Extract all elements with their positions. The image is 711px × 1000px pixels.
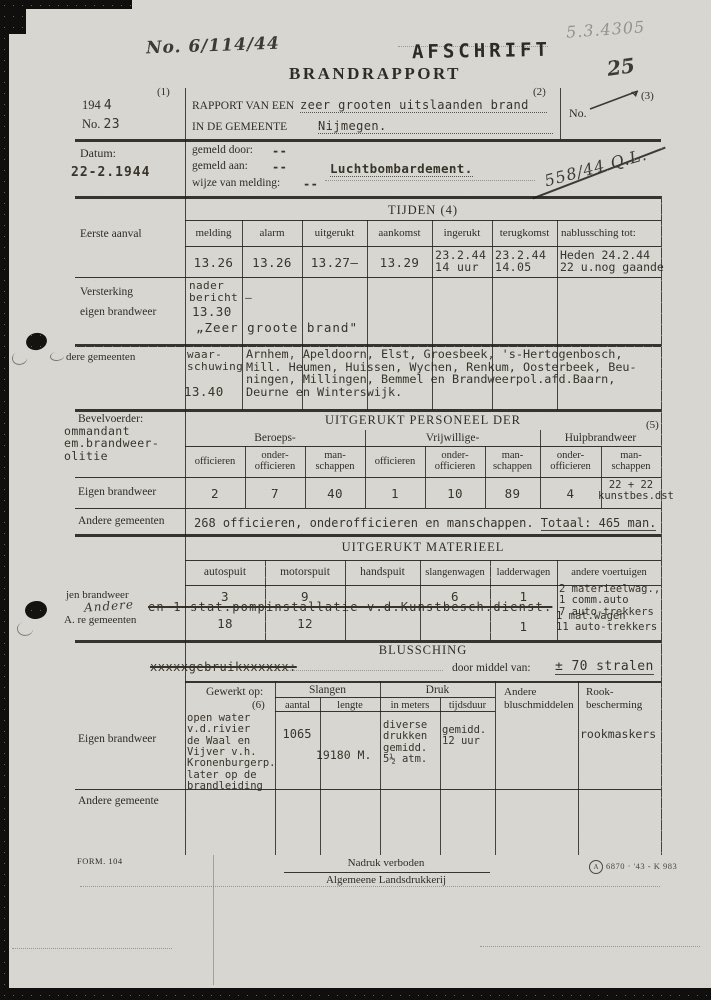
ink-blot: [24, 331, 48, 352]
tijd-aankomst: 13.29: [367, 255, 432, 270]
scanned-fire-report: No. 6/114/44 AFSCHRIFT 5.3.4305 BRANDRAP…: [0, 0, 711, 1000]
scan-edge-left: [0, 0, 9, 1000]
versterking-label: Versterking eigen brandweer: [80, 283, 156, 322]
blussching-title: BLUSSCHING: [185, 643, 661, 658]
slangen-group: Slangen: [275, 684, 380, 696]
bcol-andere-bluschmiddelen: Andere bluschmiddelen: [504, 686, 576, 712]
bevelvoerder-value: ommandant em.brandweer- olitie: [64, 425, 159, 462]
col-aankomst: aankomst: [367, 227, 432, 239]
form-number: FORM. 104: [77, 856, 123, 866]
group-vrijwillige: Vrijwillige-: [365, 432, 540, 444]
mcol-handspuit: handspuit: [345, 566, 420, 578]
field3-number: (3): [641, 90, 654, 102]
datum-label: Datum:: [80, 146, 116, 161]
mcol-motorspuit: motorspuit: [265, 566, 345, 578]
col-terugkomst: terugkomst: [492, 227, 557, 239]
m-andere-motorspuit: 12: [265, 616, 345, 631]
stamp-dotted-line: [398, 46, 548, 47]
oorzaak-value: Luchtbombardement.: [330, 161, 473, 177]
m-andere-andere-voertuigen: 1 mat.wagen 11 auto-trekkers: [556, 611, 664, 634]
tijdsduur-value: gemidd. 12 uur: [442, 725, 497, 748]
no-label: No.: [569, 106, 587, 121]
bcol-in-meters: in meters: [380, 700, 440, 711]
pcol-onderofficieren-2: onder- officieren: [425, 450, 485, 473]
pcol-manschappen-1: man- schappen: [305, 450, 365, 473]
bcol-rookbescherming: Rook- bescherming: [586, 686, 661, 712]
tijd-ingerukt: 23.2.44 14 uur: [435, 249, 495, 274]
slangen-aantal-value: 1065: [273, 727, 321, 741]
gemeld-aan-value: --: [272, 160, 287, 174]
mcol-andere-voertuigen: andere voertuigen: [557, 567, 661, 578]
versterking-note: „Zeer groote brand": [196, 320, 358, 335]
bcol-aantal: aantal: [275, 700, 320, 711]
waarschuwing-kolom: waar- schuwing: [187, 349, 243, 373]
bcol-tijdsduur: tijdsduur: [440, 700, 495, 711]
col-alarm: alarm: [242, 227, 302, 239]
mcol-ladderwagen: ladderwagen: [490, 567, 557, 578]
pen-squiggle: [49, 351, 64, 362]
p-eigen-0: 2: [185, 486, 245, 501]
eerste-aanval-label: Eerste aanval: [80, 228, 142, 240]
tijd-alarm: 13.26: [242, 255, 302, 270]
wijze-value: --: [303, 177, 318, 191]
tijd-uitgerukt: 13.27—: [302, 255, 367, 270]
eigen-brandweer-blussching-label: Eigen brandweer: [78, 733, 156, 745]
bcol-lengte: lengte: [320, 700, 380, 711]
datum-value: 22-2.1944: [71, 165, 150, 180]
field6-number: (6): [252, 699, 265, 711]
crossed-out-field: xxxxxgebruikxxxxxx:: [150, 660, 297, 674]
pencil-reference: 5.3.4305: [565, 17, 645, 41]
rapport-van-een-label: RAPPORT VAN EEN: [192, 100, 294, 112]
p-eigen-5: 89: [485, 486, 540, 501]
ink-blot: [24, 600, 48, 621]
pcol-manschappen-3: man- schappen: [601, 450, 661, 473]
landsdrukkerij: Algemeene Landsdrukkerij: [280, 874, 492, 886]
materieel-title: UITGERUKT MATERIEEL: [185, 540, 661, 555]
col-uitgerukt: uitgerukt: [302, 227, 367, 239]
handwritten-25: 25: [605, 53, 636, 81]
group-hulpbrandweer: Hulpbrandweer: [540, 432, 661, 444]
leader-dots: [268, 670, 443, 671]
p-eigen-4: 10: [425, 486, 485, 501]
pcol-manschappen-2: man- schappen: [485, 450, 540, 473]
pcol-officieren-1: officieren: [185, 456, 245, 467]
scan-artifact-vline: [213, 855, 214, 985]
eigen-brandweer-label: Eigen brandweer: [78, 486, 156, 498]
field1-number: (1): [157, 86, 170, 98]
andere-gemeenten-personeel: 268 officieren, onderofficieren en mansc…: [194, 516, 656, 530]
scan-artifact-line: [80, 886, 660, 887]
andere-gemeenten-warn-label: dere gemeenten: [66, 351, 135, 363]
p-eigen-7: 22 + 22 kunstbes.dst: [598, 480, 664, 503]
druk-group: Druk: [380, 684, 495, 696]
door-middel-van-label: door middel van:: [452, 662, 531, 674]
tijd-nablussching: Heden 24.2.44 22 u.nog gaande: [560, 249, 664, 274]
gewerkt-op-value: open water v.d.rivier de Waal en Vijver …: [187, 713, 297, 792]
mcol-autospuit: autospuit: [185, 566, 265, 578]
field5-number: (5): [646, 419, 659, 431]
pencil-squiggle: [11, 350, 29, 366]
pcol-officieren-2: officieren: [365, 456, 425, 467]
gemeld-door-label: gemeld door:: [192, 144, 253, 156]
col-melding: melding: [185, 227, 242, 239]
druk-value: diverse drukken gemidd. 5½ atm.: [383, 720, 441, 765]
gemeente-value: Nijmegen.: [318, 119, 553, 134]
p-eigen-1: 7: [245, 486, 305, 501]
scan-artifact-line: [12, 948, 172, 949]
handwritten-andere: Andere: [84, 597, 135, 614]
pcol-onderofficieren-1: onder- officieren: [245, 450, 305, 473]
slangen-lengte-value: 19180 M.: [316, 748, 371, 762]
group-beroeps: Beroeps-: [185, 432, 365, 444]
leader-dots: [325, 180, 535, 181]
nadruk-verboden: Nadruk verboden: [280, 857, 492, 869]
report-year: 194 4: [82, 98, 112, 113]
gewerkt-op-label: Gewerkt op:: [206, 686, 263, 698]
pcol-onderofficieren-3: onder- officieren: [540, 450, 601, 473]
m-andere-autospuit: 18: [185, 616, 265, 631]
scan-corner: [0, 0, 26, 34]
p-eigen-3: 1: [365, 486, 425, 501]
stralen-value: ± 70 stralen: [555, 659, 654, 675]
handwritten-file-number: No. 6/114/44: [146, 34, 280, 59]
p-eigen-6: 4: [540, 486, 601, 501]
personeel-title: UITGERUKT PERSONEEL DER: [185, 413, 661, 428]
wijze-van-melding-label: wijze van melding:: [192, 177, 280, 189]
afschrift-stamp: AFSCHRIFT: [412, 39, 551, 63]
rookbescherming-value: rookmaskers: [580, 727, 656, 741]
gemeente-label: IN DE GEMEENTE: [192, 121, 287, 133]
col-ingerukt: ingerukt: [432, 227, 492, 239]
andere-gemeente-blussching-label: Andere gemeente: [78, 795, 159, 807]
col-nablussching: nablussching tot:: [561, 227, 661, 239]
gemeld-aan-label: gemeld aan:: [192, 160, 248, 172]
tijden-title: TIJDEN (4): [185, 203, 661, 218]
field2-number: (2): [533, 86, 546, 98]
report-number: No. 23: [82, 117, 120, 132]
brand-type-value: zeer grooten uitslaanden brand: [300, 98, 547, 113]
andere-gemeenten-label: Andere gemeenten: [78, 515, 165, 527]
gemeld-door-value: --: [272, 144, 287, 158]
waarschuwing-tijd: 13.40: [184, 384, 224, 399]
tijd-terugkomst: 23.2.44 14.05: [495, 249, 560, 274]
pencil-squiggle: [16, 621, 34, 638]
scan-edge-bottom: [0, 988, 711, 1000]
m-andere-ladderwagen: 1: [490, 619, 557, 634]
versterking-tijd: 13.30: [192, 304, 232, 319]
andere-gemeenten-materieel-label: A. re gemeenten: [64, 614, 136, 626]
p-eigen-2: 40: [305, 486, 365, 501]
mcol-slangenwagen: slangenwagen: [420, 567, 490, 578]
tijd-melding: 13.26: [185, 255, 242, 270]
form-title: BRANDRAPPORT: [185, 64, 565, 84]
struck-pompinstallatie: en 1 stat.pompinstallatie v.d.Kunstbesch…: [148, 600, 552, 614]
printer-mark-icon: A: [589, 860, 603, 874]
handwritten-diagonal-ref: 558/44 Q.L.: [542, 145, 649, 191]
scan-artifact-line: [480, 946, 700, 947]
gewaarschuwde-gemeenten: Arnhem, Apeldoorn, Elst, Groesbeek, 's-H…: [246, 348, 666, 399]
printer-code: 6870 · '43 - K 983: [606, 861, 677, 871]
